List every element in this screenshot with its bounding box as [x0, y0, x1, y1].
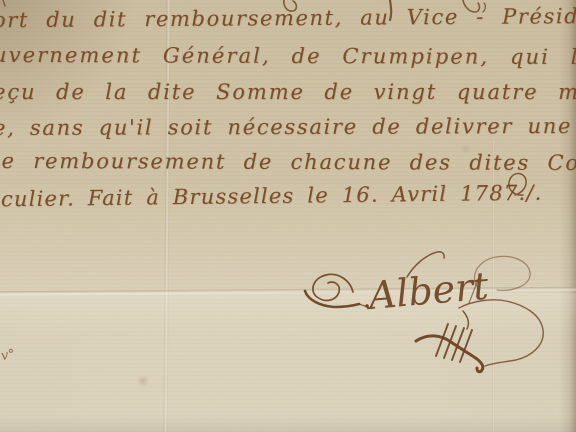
paraph-swoosh	[416, 336, 483, 372]
manuscript-line-1: ort du dit remboursement, au Vice - Prés…	[0, 4, 576, 32]
flourish-upper-ellipse	[474, 256, 530, 290]
manuscript-line-2: uvernement Général, de Crumpipen, qui le…	[0, 43, 576, 69]
signature-ascender-arc	[407, 252, 444, 277]
fold-highlight-band	[0, 293, 576, 337]
manuscript-line-3: eçu de la dite Somme de vingt quatre mil…	[0, 80, 576, 104]
margin-mark: v°	[0, 347, 16, 364]
manuscript-line-6: iculier. Fait à Brusselles le 16. Avril …	[0, 181, 543, 212]
manuscript-letter-photo: ort du dit remboursement, au Vice - Prés…	[0, 0, 576, 432]
cutoff-stroke-top-left-corner	[3, 0, 5, 6]
manuscript-line-5: le remboursement de chacune des dites Co…	[0, 149, 576, 175]
manuscript-line-4: e, sans qu'il soit nécessaire de delivre…	[0, 114, 572, 140]
